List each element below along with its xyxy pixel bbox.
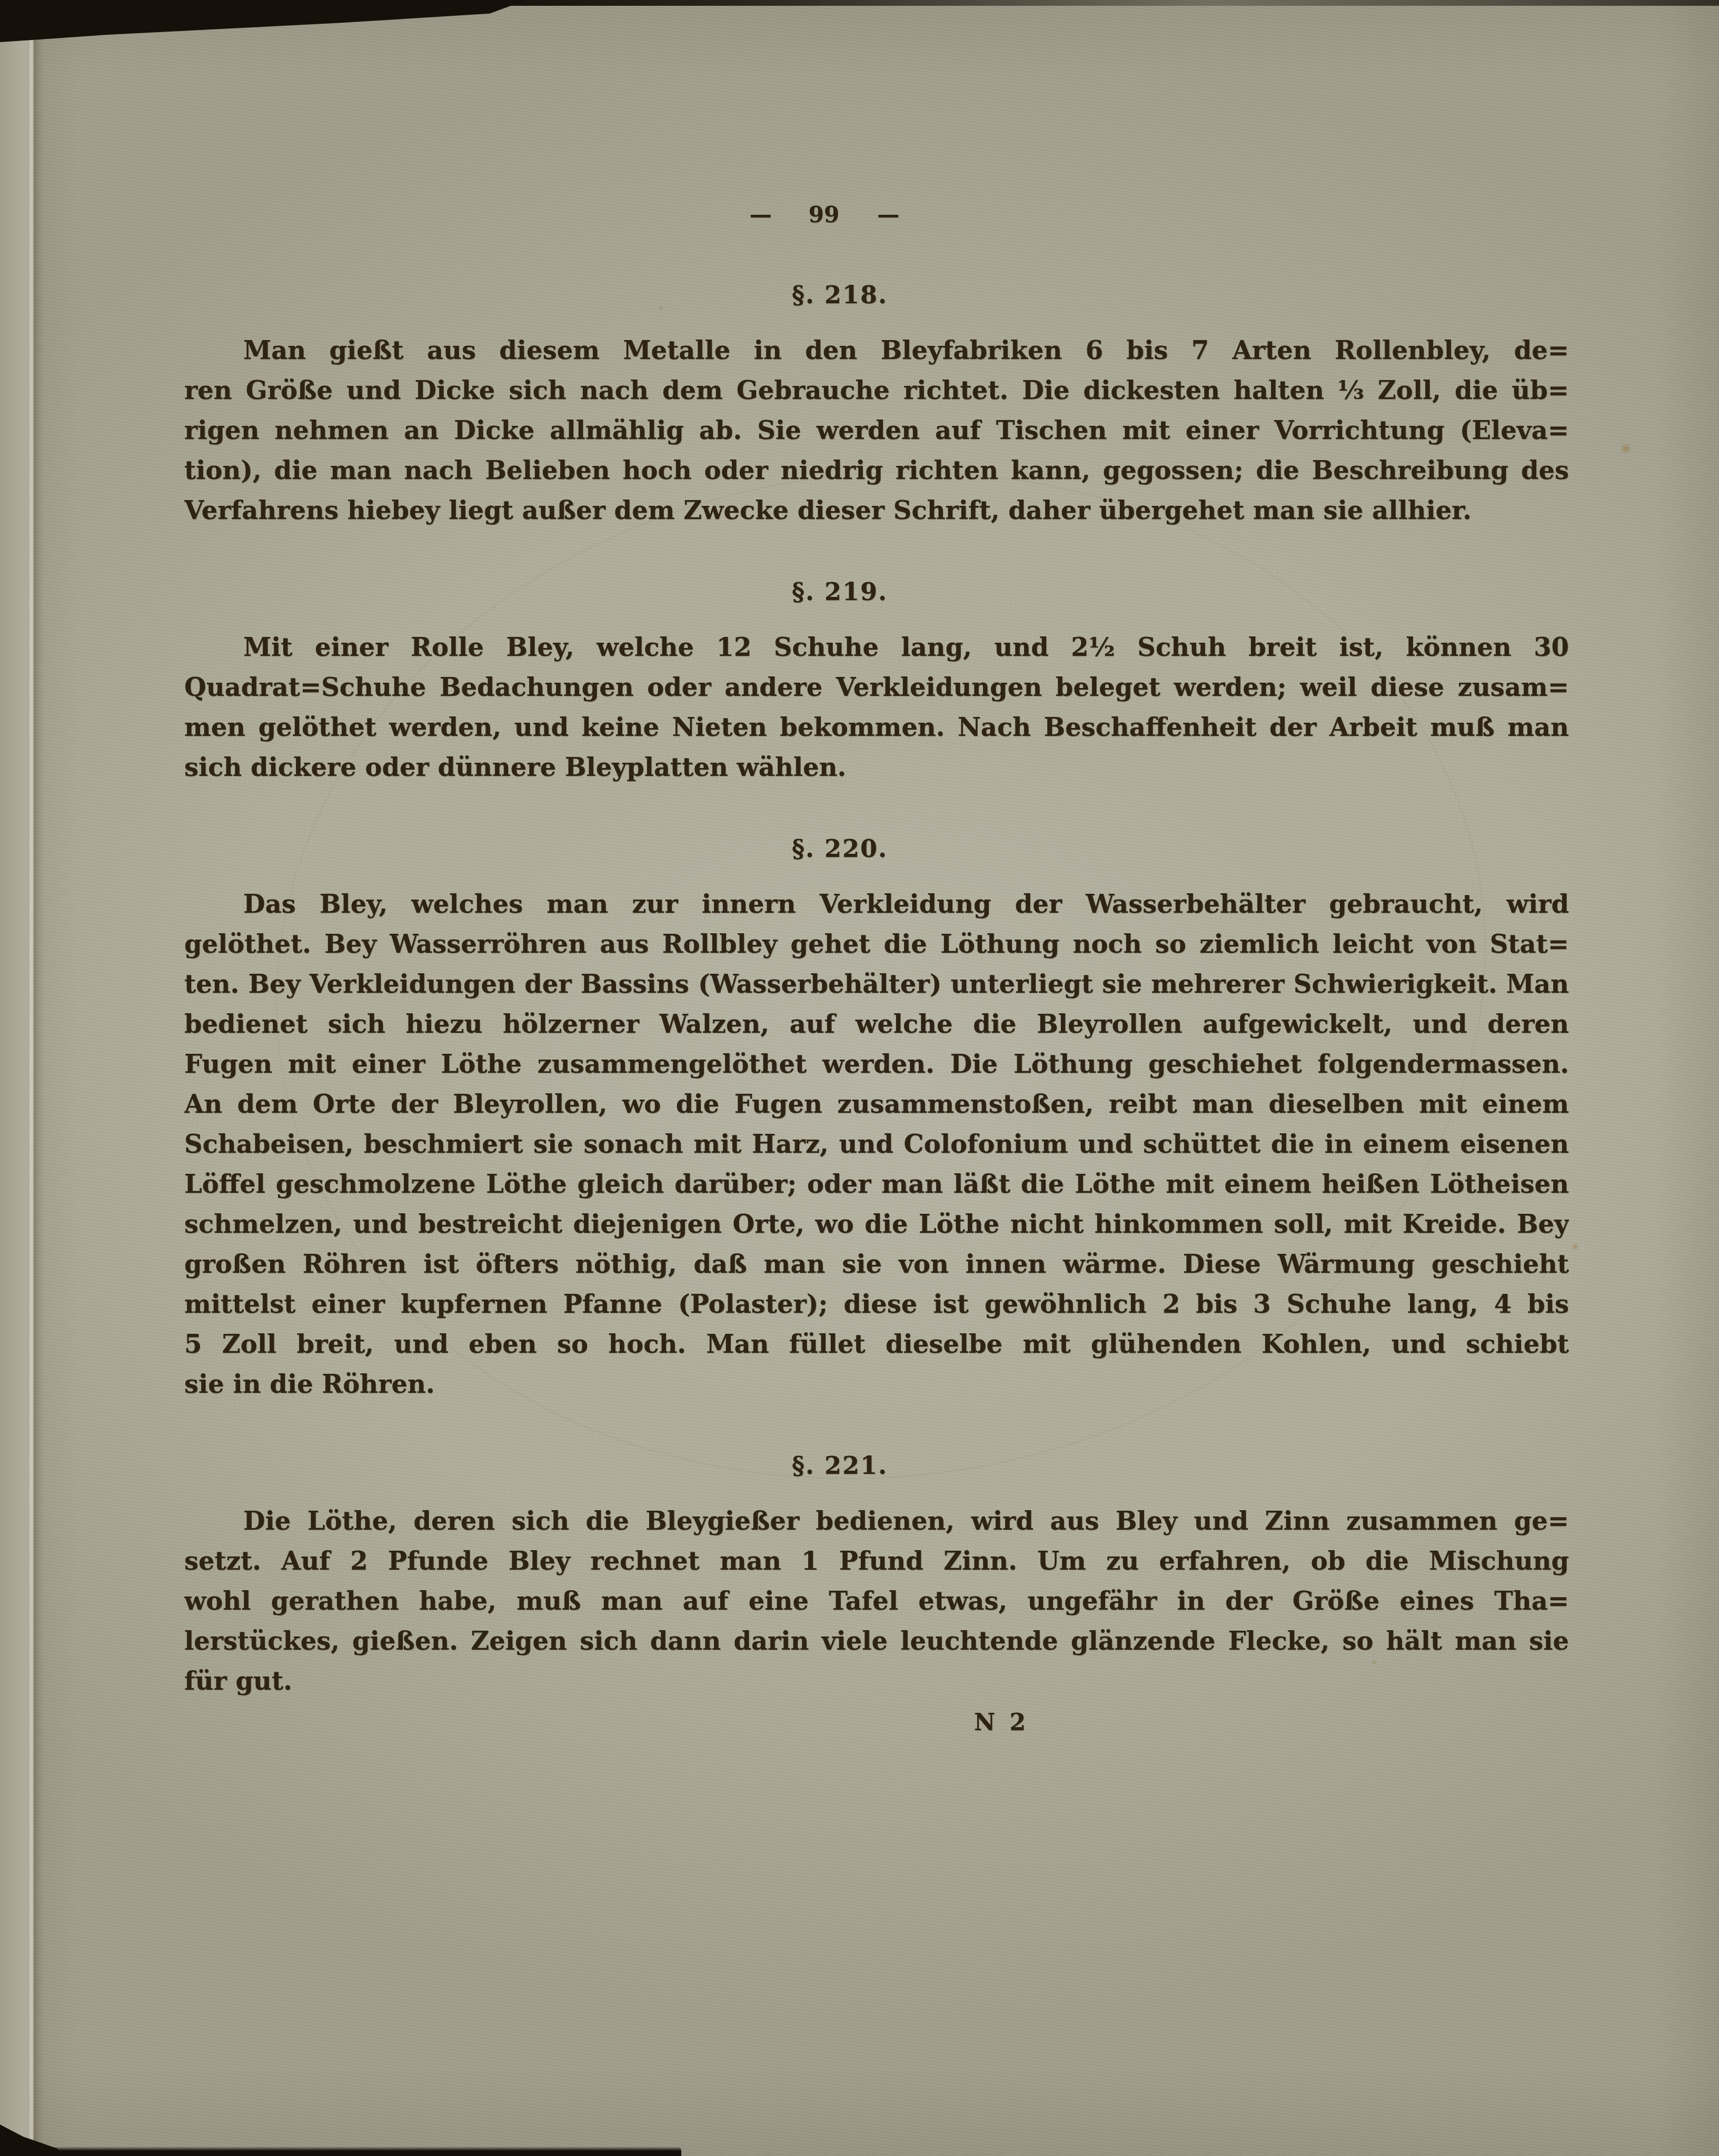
page-text-block: — 99 — §. 218.Man gießt aus diesem Metal… [184,0,1569,1741]
book-scan-photo: — 99 — §. 218.Man gießt aus diesem Metal… [0,0,1719,2156]
paragraph-line: wohl gerathen habe, muß man auf eine Taf… [184,1581,1569,1621]
gutter-crease [29,34,44,2156]
paragraph-line: Fugen mit einer Löthe zusammengelöthet w… [184,1044,1569,1084]
paragraph-line: men gelöthet werden, und keine Nieten be… [184,707,1569,747]
paragraph-line: mittelst einer kupfernen Pfanne (Polaste… [184,1284,1569,1324]
header-rule-left: — [750,196,771,234]
paragraph-line: lerstückes, gießen. Zeigen sich dann dar… [184,1621,1569,1661]
paragraph-line: gelöthet. Bey Wasserröhren aus Rollbley … [184,924,1569,964]
paragraph-line: ten. Bey Verkleidungen der Bassins (Wass… [184,964,1569,1004]
paragraph-line: setzt. Auf 2 Pfunde Bley rechnet man 1 P… [184,1541,1569,1581]
paragraph-line: sich dickere oder dünnere Bleyplatten wä… [184,747,1569,787]
paragraph-line: rigen nehmen an Dicke allmählig ab. Sie … [184,411,1569,451]
paragraph-line: Die Löthe, deren sich die Bleygießer bed… [184,1501,1569,1541]
paragraph-line: Quadrat=Schuhe Bedachungen oder andere V… [184,667,1569,707]
paragraph-line: Löffel geschmolzene Löthe gleich darüber… [184,1164,1569,1204]
paragraph-line: Mit einer Rolle Bley, welche 12 Schuhe l… [184,627,1569,667]
paragraph-line: Man gießt aus diesem Metalle in den Bley… [184,331,1569,371]
paragraph-220: Das Bley, welches man zur innern Verklei… [184,884,1569,1404]
section-heading-218: §. 218. [147,276,1532,314]
paragraph-line: Verfahrens hiebey liegt außer dem Zwecke… [184,491,1569,531]
paragraph-219: Mit einer Rolle Bley, welche 12 Schuhe l… [184,627,1569,787]
paragraph-line: An dem Orte der Bleyrollen, wo die Fugen… [184,1084,1569,1124]
page-header: — 99 — [132,196,1516,234]
section-heading-220: §. 220. [147,830,1532,867]
paragraph-line: Das Bley, welches man zur innern Verklei… [184,884,1569,924]
paragraph-line: tion), die man nach Belieben hoch oder n… [184,451,1569,491]
paragraph-221: Die Löthe, deren sich die Bleygießer bed… [184,1501,1569,1701]
previous-page-edge [0,38,29,2156]
header-rule-right: — [877,196,898,234]
paragraph-line: großen Röhren ist öfters nöthig, daß man… [184,1244,1569,1284]
paragraph-line: schmelzen, und bestreicht diejenigen Ort… [184,1204,1569,1244]
sections-container: §. 218.Man gießt aus diesem Metalle in d… [184,276,1569,1701]
section-heading-221: §. 221. [147,1446,1532,1484]
paragraph-line: für gut. [184,1661,1569,1701]
page-number: 99 [809,196,839,234]
paragraph-218: Man gießt aus diesem Metalle in den Bley… [184,331,1569,531]
paragraph-line: Schabeisen, beschmiert sie sonach mit Ha… [184,1124,1569,1164]
paragraph-line: ren Größe und Dicke sich nach dem Gebrau… [184,371,1569,411]
paragraph-line: 5 Zoll breit, und eben so hoch. Man füll… [184,1324,1569,1364]
signature-mark: N 2 [184,1704,1569,1741]
paragraph-line: bedienet sich hiezu hölzerner Walzen, au… [184,1004,1569,1044]
section-heading-219: §. 219. [147,573,1532,611]
photo-dark-edge-bottom [44,2147,681,2156]
paragraph-line: sie in die Röhren. [184,1364,1569,1404]
